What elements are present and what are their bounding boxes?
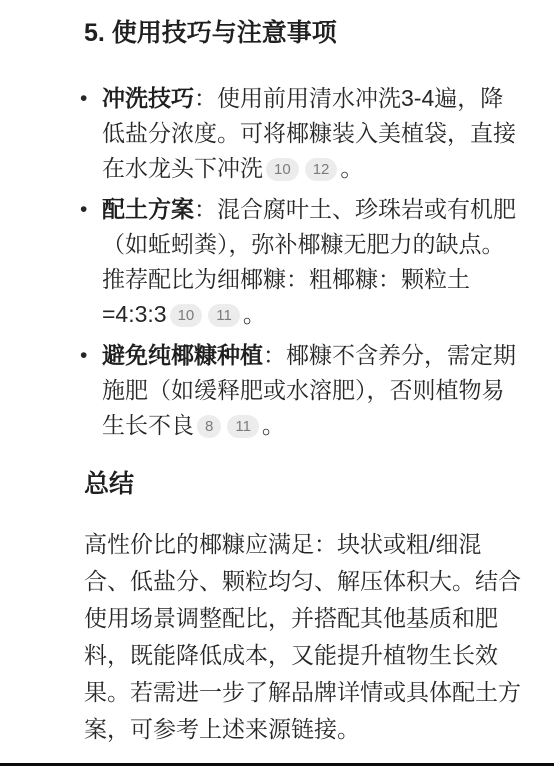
bullet-label: 冲洗技巧 <box>102 85 194 111</box>
tips-list: 冲洗技巧：使用前用清水冲洗3-4遍，降低盐分浓度。可将椰糠装入美植袋，直接在水龙… <box>84 81 521 443</box>
chat-response-page: { "section": { "heading": "5. 使用技巧与注意事项"… <box>0 0 554 769</box>
section-heading: 5. 使用技巧与注意事项 <box>84 18 521 48</box>
bullet-label: 配土方案 <box>102 196 194 222</box>
citation-badge[interactable]: 11 <box>227 415 259 438</box>
list-item: 避免纯椰糠种植：椰糠不含养分，需定期施肥（如缓释肥或水溶肥），否则植物易生长不良… <box>84 338 521 443</box>
bullet-suffix: 。 <box>262 412 285 438</box>
citation-badge[interactable]: 10 <box>266 158 299 181</box>
bullet-suffix: 。 <box>243 301 266 327</box>
summary-heading: 总结 <box>84 469 521 499</box>
bullet-label: 避免纯椰糠种植 <box>102 342 263 368</box>
citation-badge[interactable]: 11 <box>208 304 240 327</box>
summary-paragraph: 高性价比的椰糠应满足：块状或粗/细混合、低盐分、颗粒均匀、解压体积大。结合使用场… <box>84 526 521 748</box>
citation-badge[interactable]: 12 <box>305 158 338 181</box>
citation-badge[interactable]: 10 <box>170 304 203 327</box>
list-item: 配土方案：混合腐叶土、珍珠岩或有机肥（如蚯蚓粪），弥补椰糠无肥力的缺点。推荐配比… <box>84 192 521 332</box>
citation-badge[interactable]: 8 <box>197 415 221 438</box>
answer-content: 5. 使用技巧与注意事项 冲洗技巧：使用前用清水冲洗3-4遍，降低盐分浓度。可将… <box>84 0 521 748</box>
bottom-divider <box>0 763 554 766</box>
list-item: 冲洗技巧：使用前用清水冲洗3-4遍，降低盐分浓度。可将椰糠装入美植袋，直接在水龙… <box>84 81 521 186</box>
bullet-suffix: 。 <box>340 155 363 181</box>
